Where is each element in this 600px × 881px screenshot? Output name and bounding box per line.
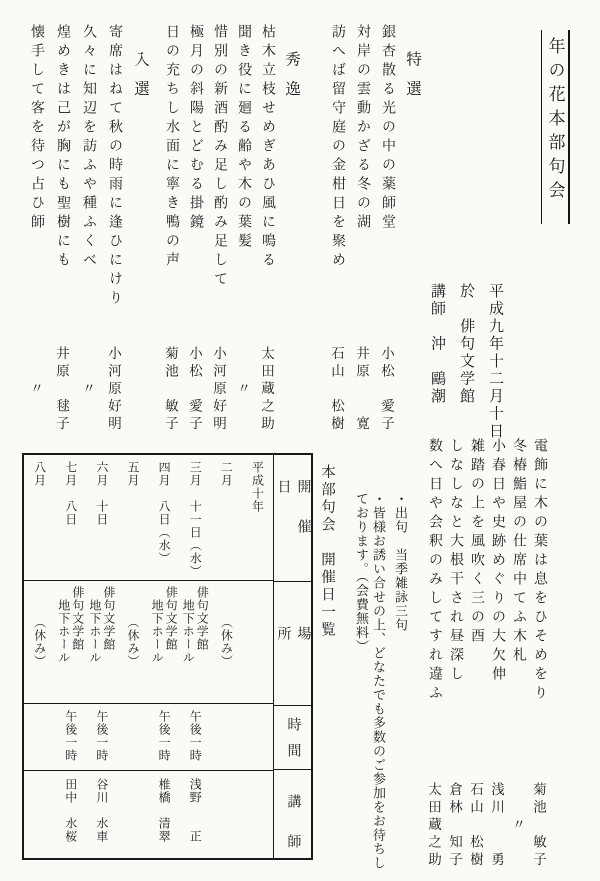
poem-column: 聞き役に廻る齢や木の葉髪 〃 — [233, 24, 253, 444]
poem-author: 倉林 知子 — [443, 782, 463, 880]
poem-author: 小松 愛子 — [375, 346, 395, 444]
month-place: （休み） — [33, 616, 47, 668]
month-date: 六月 十日 — [95, 461, 109, 526]
section-heading: 入選 — [130, 24, 151, 444]
poem-text: 小春日や史跡めぐりの大欠伸 — [487, 438, 507, 685]
haiku-newsletter-page: { "title": "年の花本部句会", "meta": { "date": … — [0, 0, 600, 881]
year-label: 平成十年 — [250, 461, 264, 513]
month-place: 俳句文学館 地下ホール — [57, 586, 85, 664]
section-heading: 秀逸 — [281, 24, 302, 444]
month-date: 三月 十一日（水） — [188, 461, 202, 578]
poem-text: 煌めきは己が胸にも聖樹にも — [52, 24, 72, 271]
notice-block: ・出句 当季雑詠三句 ・皆様お誘い合せの上、どなたでも多数のご参加をお待ちしてお… — [345, 492, 409, 872]
poem-text: 日の充ちし水面に寧き鴨の声 — [161, 24, 181, 271]
month-date: 二月 — [219, 461, 233, 487]
poem-column: しなしなと大根干され昼深し 倉林 知子 — [445, 438, 465, 880]
month-date: 八月 — [33, 461, 47, 487]
poem-author: 〃 — [231, 346, 251, 444]
poem-text: 対岸の雲動かざる冬の湖 — [352, 24, 372, 233]
meeting-venue: 於 俳句文学館 — [456, 283, 477, 443]
poem-column: 銀杏散る光の中の薬師堂 小松 愛子 — [377, 24, 397, 444]
month-lecturer: 浅野 正 — [188, 778, 202, 843]
poem-author: 菊池 敏子 — [527, 782, 547, 880]
poem-text: 寄席はねて秋の時雨に逢ひにけり — [104, 24, 124, 309]
table-column-month: 七月 八日 俳句文学館 地下ホール 午後一時 田中 水桜 — [55, 455, 86, 858]
page-title-box: 年の花本部句会 — [541, 30, 570, 224]
poem-text: 数へ日や会釈のみしてすれ違ふ — [424, 438, 444, 704]
month-date: 五月 — [126, 461, 140, 487]
table-column-month: 四月 八日（水） 俳句文学館 地下ホール 午後一時 椎橋 清翠 — [149, 455, 180, 858]
poem-text: 枯木立枝せめぎあひ風に鳴る — [257, 24, 277, 271]
month-place: （休み） — [126, 616, 140, 668]
header-date: 開催日 — [273, 455, 313, 581]
poem-author: 〃 — [506, 782, 526, 880]
meeting-date: 平成九年十二月十日 — [485, 283, 506, 443]
month-time: 午後一時 — [95, 710, 109, 762]
poem-text: 聞き役に廻る齢や木の葉髪 — [233, 24, 253, 252]
poem-author: 小河原好明 — [207, 346, 227, 444]
section-tokusen: 特選 銀杏散る光の中の薬師堂 小松 愛子 対岸の雲動かざる冬の湖 井原 寛 訪へ… — [327, 24, 423, 444]
poem-column: 日の充ちし水面に寧き鴨の声 菊池 敏子 — [161, 24, 181, 444]
month-time: 午後一時 — [157, 710, 171, 762]
poem-author: 小松 愛子 — [183, 346, 203, 444]
poem-column: 懐手して客を待つ占ひ師 〃 — [26, 24, 46, 444]
poem-author: 石山 松樹 — [325, 346, 345, 444]
poem-text: 冬椿鮨屋の仕席中てふ木札 — [508, 438, 528, 666]
schedule-table-header-column: 開催日 場所 時間 講師 — [273, 455, 311, 858]
poem-text: 久々に知辺を訪ふや種ふくべ — [78, 24, 98, 271]
poem-text: しなしなと大根干され昼深し — [445, 438, 465, 685]
table-column-year: 平成十年 — [242, 455, 273, 858]
month-date: 四月 八日（水） — [157, 461, 171, 565]
table-column-month: 五月 （休み） — [117, 455, 148, 858]
poem-author: 石山 松樹 — [464, 782, 484, 880]
poem-text: 雑踏の上を風吹く三の酉 — [466, 438, 486, 647]
month-lecturer: 田中 水桜 — [64, 778, 78, 843]
table-column-month: 八月 （休み） — [24, 455, 55, 858]
section-nyusen-continued: 電飾に木の葉は息をひそめをり 菊池 敏子 冬椿鮨屋の仕席中てふ木札 〃 小春日や… — [424, 438, 549, 880]
poem-column: 寄席はねて秋の時雨に逢ひにけり 小河原好明 — [104, 24, 124, 444]
poem-column: 電飾に木の葉は息をひそめをり 菊池 敏子 — [529, 438, 549, 880]
month-time: 午後一時 — [64, 710, 78, 762]
poem-column: 煌めきは己が胸にも聖樹にも 井原 毬子 — [52, 24, 72, 444]
meta-block: 平成九年十二月十日 於 俳句文学館 講師 沖 鷗潮 — [424, 283, 506, 443]
poem-column: 数へ日や会釈のみしてすれ違ふ 太田蔵之助 — [424, 438, 444, 880]
page-title: 年の花本部句会 — [543, 30, 568, 224]
poem-column: 極月の斜陽とどむる掛鏡 小松 愛子 — [185, 24, 205, 444]
poem-author: 小河原好明 — [102, 346, 122, 444]
meeting-lecturer: 講師 沖 鷗潮 — [427, 283, 448, 443]
month-time: 午後一時 — [188, 710, 202, 762]
poem-text: 極月の斜陽とどむる掛鏡 — [185, 24, 205, 233]
poem-column: 小春日や史跡めぐりの大欠伸 浅川 勇 — [487, 438, 507, 880]
header-place: 場所 — [273, 582, 313, 705]
poem-author: 浅川 勇 — [485, 782, 505, 880]
table-column-month: 六月 十日 俳句文学館 地下ホール 午後一時 谷川 水車 — [86, 455, 117, 858]
poem-author: 菊池 敏子 — [159, 346, 179, 444]
month-lecturer: 椎橋 清翠 — [157, 778, 171, 843]
poem-author: 井原 寛 — [350, 346, 370, 444]
poem-column: 雑踏の上を風吹く三の酉 石山 松樹 — [466, 438, 486, 880]
table-column-month: 三月 十一日（水） 俳句文学館 地下ホール 午後一時 浅野 正 — [180, 455, 211, 858]
schedule-table: 平成十年 二月 （休み） 三月 十一日（水） 俳句文学館 地下ホール 午後一時 … — [22, 453, 313, 860]
poem-column: 訪へば留守庭の金柑日を聚め 石山 松樹 — [327, 24, 347, 444]
month-place: 俳句文学館 地下ホール — [150, 586, 178, 664]
poem-column: 冬椿鮨屋の仕席中てふ木札 〃 — [508, 438, 528, 880]
notice-invitation: ・皆様お誘い合せの上、どなたでも多数のご参加をお待ちしております。（会費無料） — [353, 492, 387, 872]
poem-author: 井原 毬子 — [50, 346, 70, 444]
schedule-table-body: 平成十年 二月 （休み） 三月 十一日（水） 俳句文学館 地下ホール 午後一時 … — [24, 455, 273, 858]
poem-author: 〃 — [76, 346, 96, 444]
month-place: 俳句文学館 地下ホール — [181, 586, 209, 664]
poem-author: 太田蔵之助 — [422, 782, 442, 880]
poem-text: 懐手して客を待つ占ひ師 — [26, 24, 46, 233]
header-lecturer: 講師 — [283, 770, 303, 874]
notice-entry-rule: ・出句 当季雑詠三句 — [392, 492, 409, 872]
month-place: 俳句文学館 地下ホール — [88, 586, 116, 664]
poem-text: 電飾に木の葉は息をひそめをり — [529, 438, 549, 704]
month-place: （休み） — [219, 616, 233, 668]
schedule-heading: 本部句会 開催日一覧 — [318, 464, 338, 659]
poem-author: 太田蔵之助 — [255, 346, 275, 444]
month-lecturer: 谷川 水車 — [95, 778, 109, 843]
table-column-month: 二月 （休み） — [211, 455, 242, 858]
poem-text: 訪へば留守庭の金柑日を聚め — [327, 24, 347, 271]
header-time: 時間 — [283, 706, 303, 769]
section-shuitsu: 秀逸 枯木立枝せめぎあひ風に鳴る 太田蔵之助 聞き役に廻る齢や木の葉髪 〃 惜別… — [161, 24, 302, 444]
section-heading: 特選 — [402, 24, 423, 444]
month-date: 七月 八日 — [64, 461, 78, 526]
poem-column: 久々に知辺を訪ふや種ふくべ 〃 — [78, 24, 98, 444]
section-nyusen: 入選 寄席はねて秋の時雨に逢ひにけり 小河原好明 久々に知辺を訪ふや種ふくべ 〃… — [26, 24, 151, 444]
poem-text: 惜別の新酒酌み足し酌み足して — [209, 24, 229, 290]
poem-column: 対岸の雲動かざる冬の湖 井原 寛 — [352, 24, 372, 444]
poem-text: 銀杏散る光の中の薬師堂 — [377, 24, 397, 233]
poem-column: 惜別の新酒酌み足し酌み足して 小河原好明 — [209, 24, 229, 444]
poem-column: 枯木立枝せめぎあひ風に鳴る 太田蔵之助 — [257, 24, 277, 444]
poem-author: 〃 — [24, 346, 44, 444]
